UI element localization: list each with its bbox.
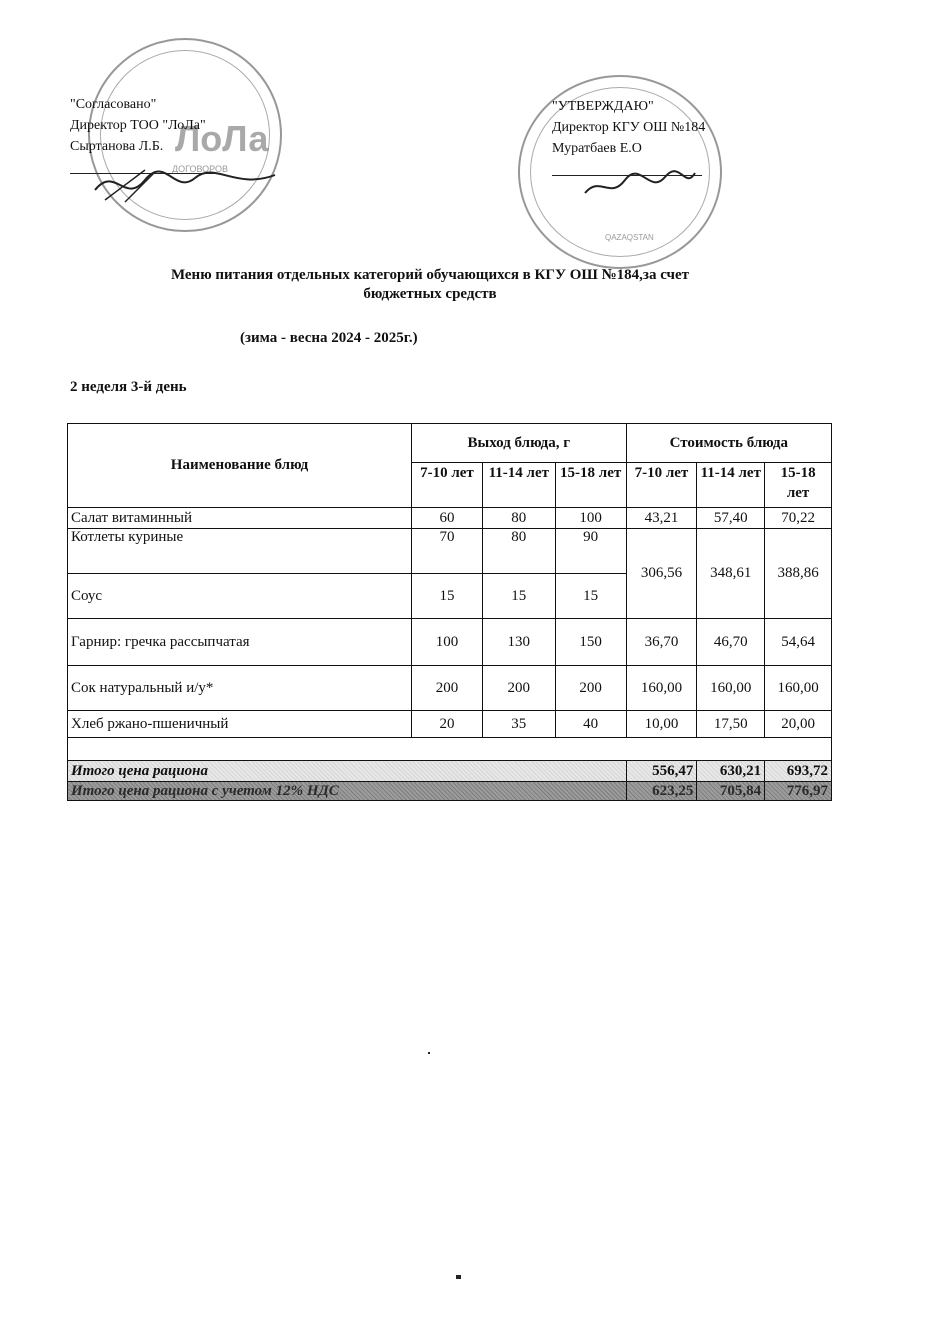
- signature-scribble: [580, 165, 700, 205]
- stamp-subtext: QAZAQSTAN: [605, 233, 654, 242]
- approval-position: Директор КГУ ОШ №184: [552, 117, 705, 138]
- signature-scribble: [85, 160, 285, 210]
- header-age-7-10: 7-10 лет: [626, 463, 697, 508]
- document-title-line2: бюджетных средств: [90, 286, 770, 303]
- header-age-7-10: 7-10 лет: [412, 463, 483, 508]
- empty-row: [68, 738, 832, 761]
- table-row: Гарнир: гречка рассыпчатая 100 130 150 3…: [68, 619, 832, 666]
- table-row: Котлеты куриные 70 80 90 306,56 348,61 3…: [68, 529, 832, 574]
- header-yield: Выход блюда, г: [412, 424, 627, 463]
- total-vat-row: Итого цена рациона с учетом 12% НДС 623,…: [68, 782, 832, 801]
- header-age-11-14: 11-14 лет: [697, 463, 765, 508]
- scan-speck: [428, 1052, 430, 1054]
- header-cost: Стоимость блюда: [626, 424, 831, 463]
- header-dish-name: Наименование блюд: [68, 424, 412, 508]
- approval-heading: "Согласовано": [70, 94, 220, 115]
- total-row: Итого цена рациона 556,47 630,21 693,72: [68, 761, 832, 782]
- table-row: Салат витаминный 60 80 100 43,21 57,40 7…: [68, 508, 832, 529]
- week-day-label: 2 неделя 3-й день: [70, 379, 187, 396]
- header-age-11-14: 11-14 лет: [482, 463, 555, 508]
- header-age-15-18: 15-18 лет: [765, 463, 832, 508]
- table-row: Хлеб ржано-пшеничный 20 35 40 10,00 17,5…: [68, 711, 832, 738]
- header-age-15-18: 15-18 лет: [555, 463, 626, 508]
- approval-heading: "УТВЕРЖДАЮ": [552, 96, 705, 117]
- approval-signatory: Сыртанова Л.Б.: [70, 136, 220, 157]
- approval-signatory: Муратбаев Е.О: [552, 138, 705, 159]
- season-period: (зима - весна 2024 - 2025г.): [240, 330, 418, 347]
- scan-speck: [456, 1275, 461, 1279]
- document-title: Меню питания отдельных категорий обучающ…: [90, 267, 770, 284]
- approval-position: Директор ТОО "ЛоЛа": [70, 115, 220, 136]
- table-row: Сок натуральный и/у* 200 200 200 160,00 …: [68, 666, 832, 711]
- approval-block-approved: "УТВЕРЖДАЮ" Директор КГУ ОШ №184 Муратба…: [552, 96, 705, 176]
- menu-table: Наименование блюд Выход блюда, г Стоимос…: [67, 423, 832, 801]
